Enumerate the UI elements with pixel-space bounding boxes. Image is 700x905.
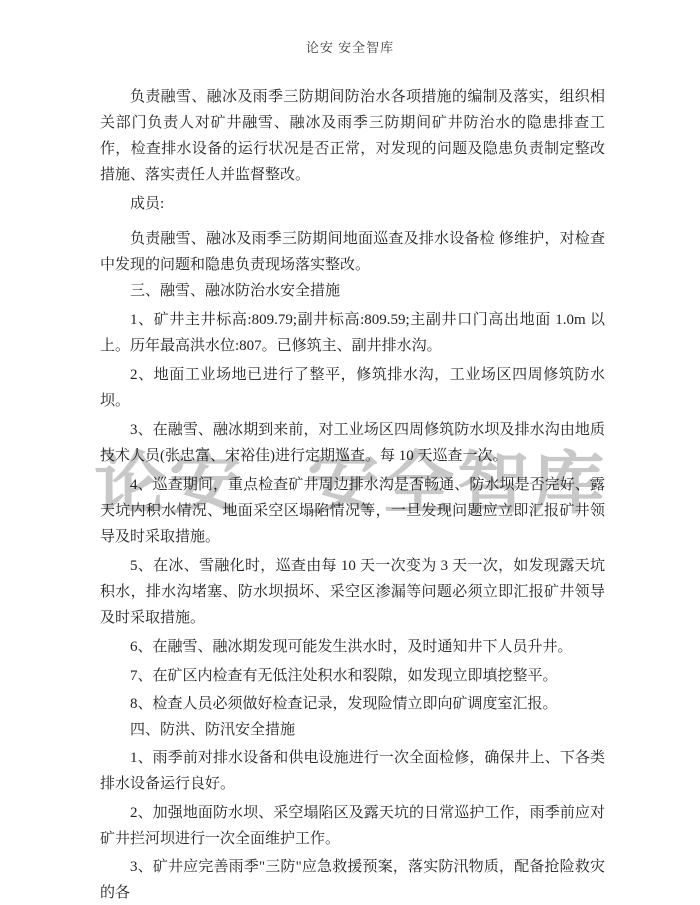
paragraph: 5、在冰、雪融化时，巡查由每 10 天一次变为 3 天一次，如发现露天坑积水，排… <box>100 553 605 631</box>
paragraph: 1、矿井主井标高:809.79;副井标高:809.59;主副井口门高出地面 1.… <box>100 307 605 359</box>
section-heading: 四、防洪、防汛安全措施 <box>100 717 605 743</box>
paragraph: 7、在矿区内检查有无低注处积水和裂隙，如发现立即填挖整平。 <box>100 663 605 689</box>
paragraph: 8、检查人员必须做好检查记录，发现险情立即向矿调度室汇报。 <box>100 691 605 717</box>
paragraph: 3、矿井应完善雨季"三防"应急救援预案，落实防汛物质，配备抢险救灾的各 <box>100 854 605 905</box>
paragraph: 负责融雪、融冰及雨季三防期间地面巡查及排水设备检 修维护，对检查中发现的问题和隐… <box>100 226 605 278</box>
paragraph: 成员: <box>100 191 605 217</box>
site-header-label: 论安 安全智库 <box>0 37 700 56</box>
paragraph: 1、雨季前对排水设备和供电设施进行一次全面检修，确保井上、下各类排水设备运行良好… <box>100 745 605 797</box>
paragraph: 3、在融雪、融冰期到来前，对工业场区四周修筑防水坝及排水沟由地质技术人员(张忠富… <box>100 417 605 469</box>
paragraph: 2、加强地面防水坝、采空塌陷区及露天坑的日常巡护工作，雨季前应对矿井拦河坝进行一… <box>100 800 605 852</box>
paragraph: 2、地面工业场地已进行了整平，修筑排水沟，工业场区四周修筑防水坝。 <box>100 362 605 414</box>
document-page: { "header": { "site_label": "论安 安全智库" },… <box>0 0 700 905</box>
document-body: 负责融雪、融冰及雨季三防期间防治水各项措施的编制及落实，组织相关部门负责人对矿井… <box>100 84 605 905</box>
paragraph: 4、巡查期间，重点检查矿井周边排水沟是否畅通、防水坝是否完好、露天坑内积水情况、… <box>100 472 605 550</box>
section-heading: 三、融雪、融冰防治水安全措施 <box>100 278 605 304</box>
paragraph: 6、在融雪、融冰期发现可能发生洪水时，及时通知井下人员升井。 <box>100 634 605 660</box>
paragraph: 负责融雪、融冰及雨季三防期间防治水各项措施的编制及落实，组织相关部门负责人对矿井… <box>100 84 605 188</box>
